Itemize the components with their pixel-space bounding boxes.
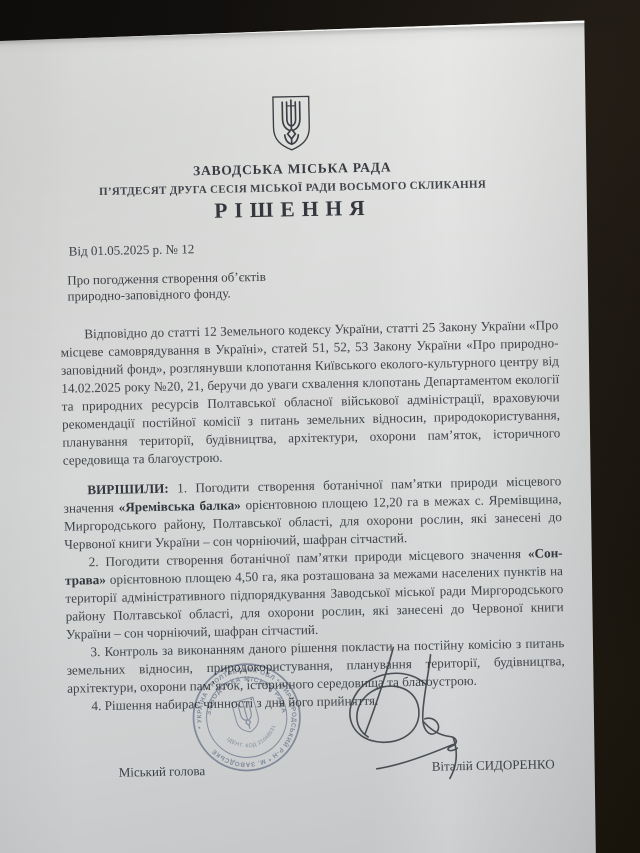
photo-scene: ЗАВОДСЬКА МІСЬКА РАДА П’ЯТДЕСЯТ ДРУГА СЕ… [0, 0, 640, 853]
document-header: ЗАВОДСЬКА МІСЬКА РАДА П’ЯТДЕСЯТ ДРУГА СЕ… [42, 90, 542, 228]
resolution-item-3: 3. Контроль за виконанням даного рішення… [66, 634, 565, 698]
resolution-item-1: ВИРІШИЛИ: 1. Погодити створення ботанічн… [63, 472, 562, 554]
subject-block: Про погодження створення об’єктів природ… [59, 263, 558, 304]
document-content: ЗАВОДСЬКА МІСЬКА РАДА П’ЯТДЕСЯТ ДРУГА СЕ… [0, 0, 640, 853]
stamp-ident-code-text: ІДЕНТ. КОД 21048531 [224, 723, 281, 755]
preamble-paragraph: Відповідно до статті 12 Земельного кодек… [60, 316, 561, 470]
document-title: РІШЕННЯ [44, 193, 542, 228]
resolved-heading: ВИРІШИЛИ: [87, 481, 169, 498]
resolution-1-object-name: «Яремівська балка» [119, 497, 241, 514]
handwritten-signature [330, 640, 473, 793]
resolution-2-text-rest: орієнтовною площею 4,50 га, яка розташов… [65, 563, 564, 642]
stamp-trident-icon [231, 697, 261, 735]
signer-position-title: Міський голова [119, 763, 206, 781]
svg-text:ІДЕНТ. КОД 21048531: ІДЕНТ. КОД 21048531 [224, 723, 281, 755]
date-number-line: Від 01.05.2025 р. № 12 [59, 234, 557, 260]
resolution-item-2: 2. Погодити створення ботанічної пам’ятк… [65, 544, 565, 644]
ukraine-trident-emblem-icon [269, 94, 314, 153]
signature-row: Міський голова Віталій СИДОРЕНКО [69, 756, 567, 782]
document-paper: ЗАВОДСЬКА МІСЬКА РАДА П’ЯТДЕСЯТ ДРУГА СЕ… [0, 0, 640, 853]
